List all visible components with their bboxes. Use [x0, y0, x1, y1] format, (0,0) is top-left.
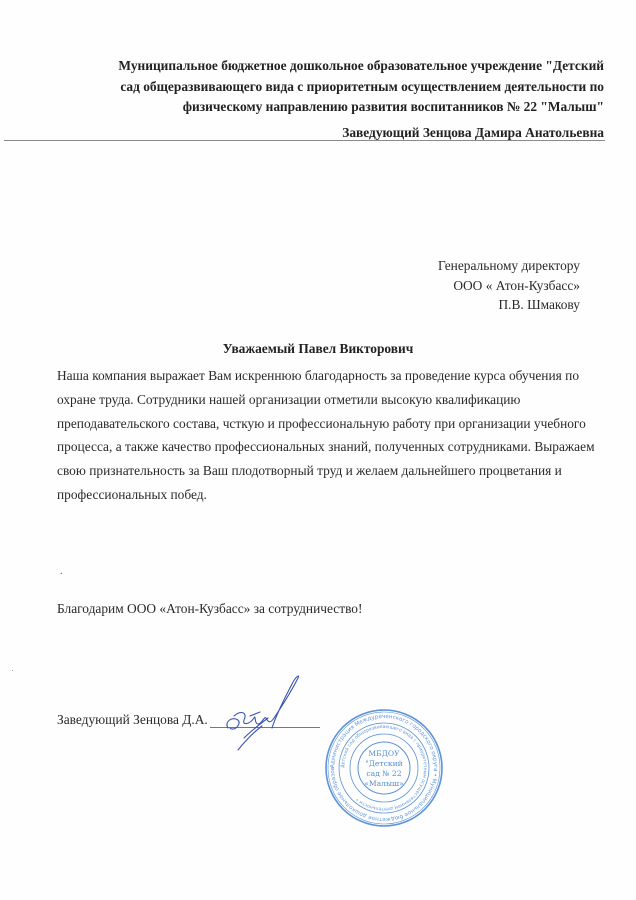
- body-line: профессиональных побед.: [57, 483, 597, 507]
- salutation: Уважаемый Павел Викторович: [0, 341, 636, 357]
- header-divider: [4, 140, 605, 141]
- body-line: процесса, а также качество профессиональ…: [57, 435, 597, 459]
- letter-page: Муниципальное бюджетное дошкольное образ…: [0, 0, 636, 900]
- stamp-center-line: "Детский: [365, 759, 402, 768]
- body-line: охране труда. Сотрудники нашей организац…: [57, 388, 597, 412]
- official-stamp-icon: Администрация Междуреченского городского…: [322, 706, 446, 830]
- addressee-line: Генеральному директору: [438, 256, 580, 276]
- letterhead-line: Муниципальное бюджетное дошкольное образ…: [104, 56, 604, 77]
- letterhead-organization: Муниципальное бюджетное дошкольное образ…: [104, 56, 604, 118]
- letter-body: Наша компания выражает Вам искреннюю бла…: [57, 364, 597, 507]
- signature-label: Заведующий Зенцова Д.А.: [57, 712, 208, 728]
- body-line: свою признательность за Ваш плодотворный…: [57, 459, 597, 483]
- stamp-center-line: МБДОУ: [368, 749, 400, 758]
- letterhead-line: физическому направлению развития воспита…: [104, 97, 604, 118]
- letterhead-line: сад общеразвивающего вида с приоритетным…: [104, 77, 604, 98]
- stamp-center-line: сад № 22: [366, 769, 401, 778]
- addressee-block: Генеральному директору ООО « Атон-Кузбас…: [438, 256, 580, 315]
- svg-text:Детский сад общеразвивающего в: Детский сад общеразвивающего вида с прио…: [340, 725, 427, 811]
- stray-mark: .: [60, 566, 63, 577]
- stamp-center-line: «Малыш»: [364, 779, 404, 788]
- addressee-line: ООО « Атон-Кузбасс»: [438, 276, 580, 296]
- addressee-line: П.В. Шмакову: [438, 295, 580, 315]
- handwritten-signature-icon: [220, 672, 310, 752]
- body-line: преподавательского состава, чсткую и про…: [57, 412, 597, 436]
- closing-thanks: Благодарим ООО «Атон-Кузбасс» за сотрудн…: [57, 601, 362, 617]
- scan-speck: [12, 670, 13, 671]
- letterhead-director: Заведующий Зенцова Дамира Анатольевна: [342, 125, 604, 141]
- stamp-inner-text: Детский сад общеразвивающего вида с прио…: [340, 725, 427, 811]
- body-line: Наша компания выражает Вам искреннюю бла…: [57, 364, 597, 388]
